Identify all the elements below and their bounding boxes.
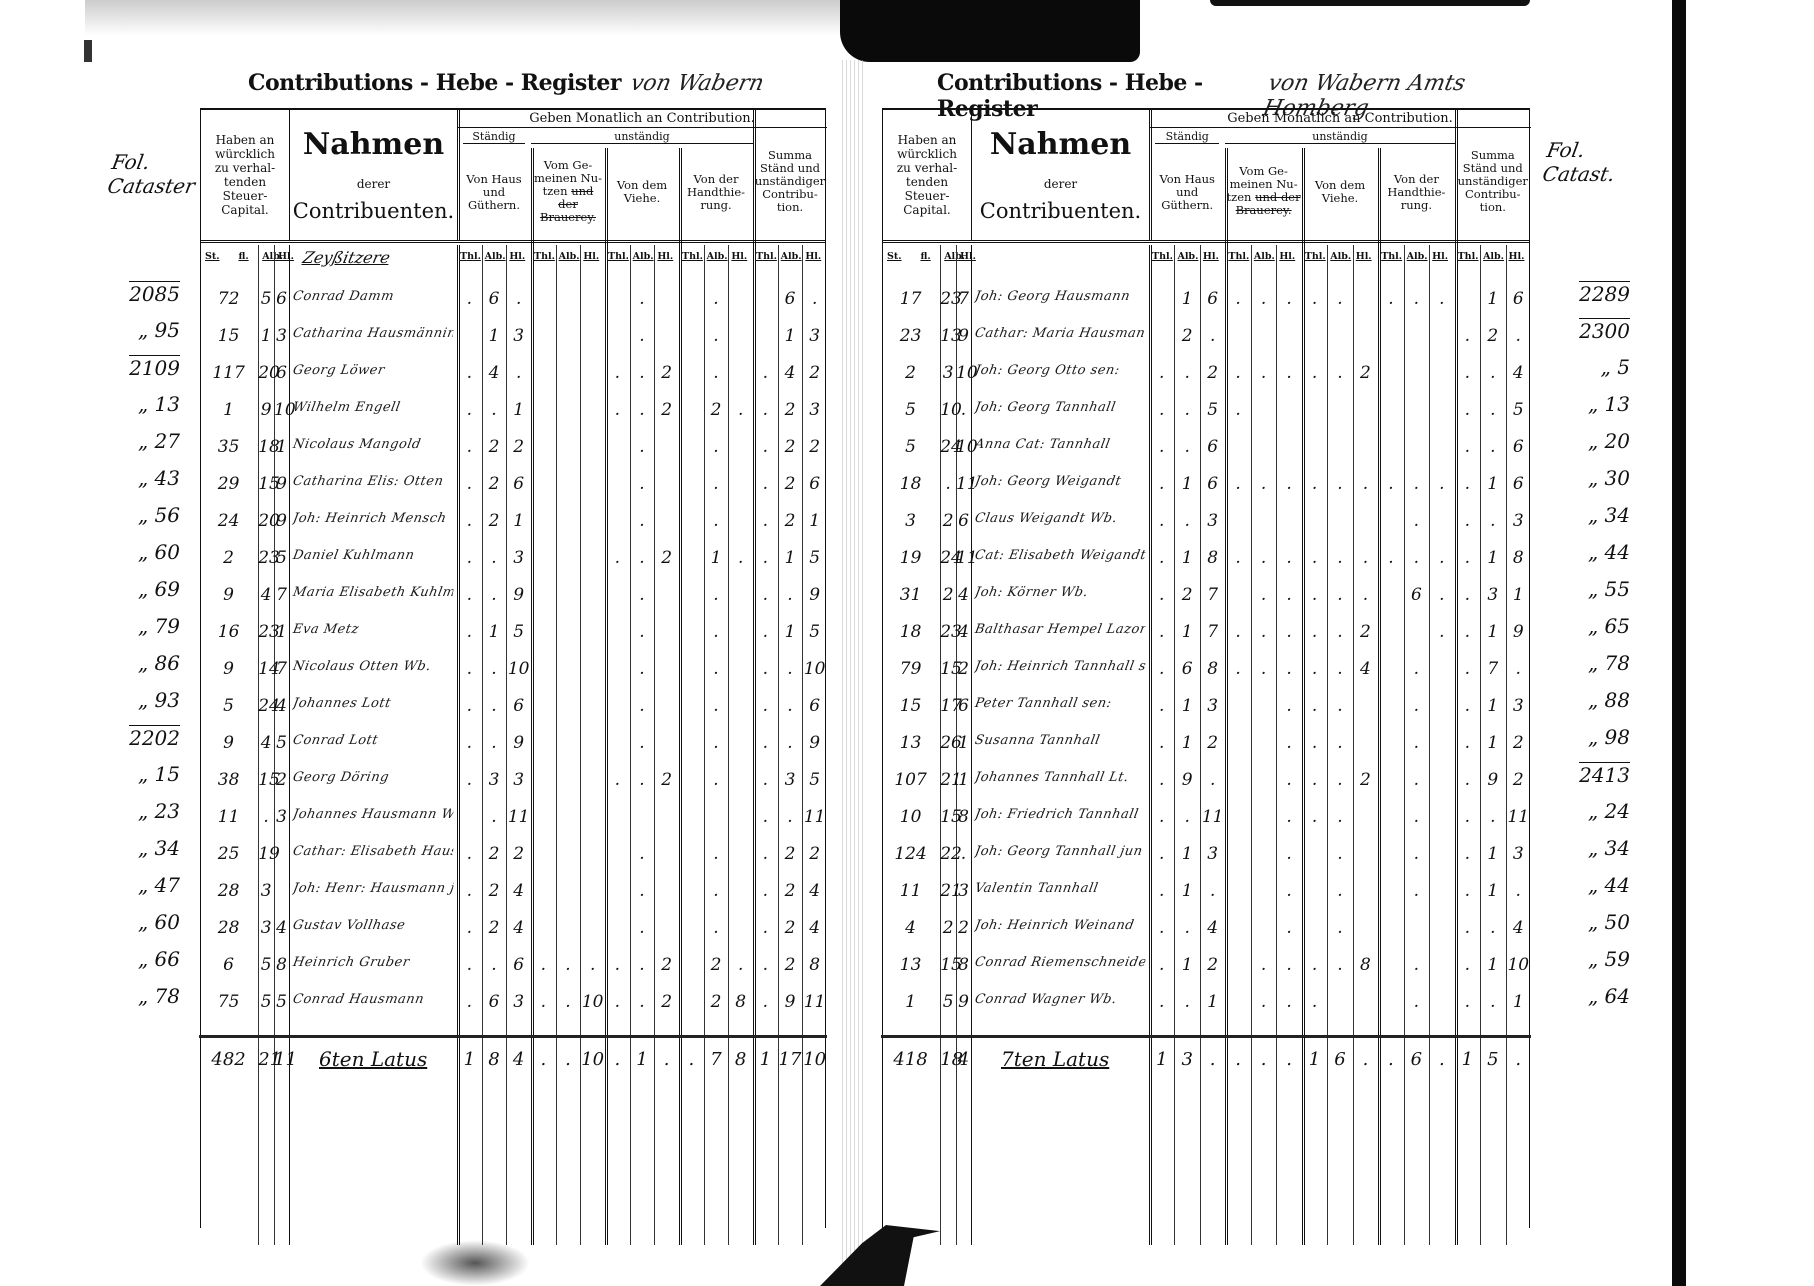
amount-viehe: . (605, 548, 630, 568)
total-hand: . (1378, 1049, 1403, 1070)
total-nutzen: . (1276, 1049, 1301, 1070)
amount-haus: 6 (482, 992, 507, 1012)
unit-label: Hl. (960, 251, 976, 262)
contributor-name: Catharina Elis: Otten (292, 474, 455, 489)
amount-viehe: 2 (654, 548, 679, 568)
amount-viehe: . (605, 992, 630, 1012)
capital-florin: 79 (885, 659, 936, 679)
amount-hand: . (1404, 992, 1429, 1012)
contributor-name: Maria Elisabeth Kuhlmännin (292, 585, 455, 600)
table-row: 7256Conrad Damm.6...6. (201, 281, 825, 318)
contributor-name: Johannes Tannhall Lt. (974, 770, 1147, 785)
amount-summa: . (753, 770, 778, 790)
header-text: rung. (1401, 199, 1432, 212)
header-text: zu verhal- (897, 161, 957, 175)
table-row: 11213Valentin Tannhall.1.....1. (883, 873, 1529, 910)
amount-viehe: . (1353, 585, 1378, 605)
total-nutzen: . (1225, 1049, 1250, 1070)
amount-viehe: . (1302, 474, 1327, 494)
amount-summa: 2 (778, 474, 803, 494)
unit-label: Hl. (1432, 251, 1448, 262)
amount-summa: . (753, 659, 778, 679)
table-row: 2834Gustav Vollhase.24...24 (201, 910, 825, 947)
amount-summa: 3 (1480, 585, 1505, 605)
amount-haus: 6 (506, 955, 531, 975)
table-row: 117206Georg Löwer.4...2..42 (201, 355, 825, 392)
unit-label: Thl. (1152, 251, 1173, 262)
header-text: Ständ und (760, 162, 820, 175)
total-haus: 1 (457, 1049, 482, 1070)
header-text: Viehe. (1322, 192, 1358, 205)
amount-summa: 2 (778, 844, 803, 864)
amount-haus: 2 (1200, 733, 1225, 753)
amount-hand: . (704, 437, 729, 457)
capital-florin: 25 (203, 844, 254, 864)
amount-summa: 3 (802, 400, 827, 420)
unit-label: Alb. (485, 251, 506, 262)
amount-summa: 6 (778, 289, 803, 309)
amount-haus: . (457, 992, 482, 1012)
unit-label: St. (887, 251, 902, 262)
amount-haus: . (1174, 400, 1199, 420)
amount-viehe: . (1302, 659, 1327, 679)
capital-heller: 9 (274, 474, 289, 494)
left-margin-cataster-numbers: 2085„ 952109„ 13„ 27„ 43„ 56„ 60„ 69„ 79… (80, 0, 180, 1286)
amount-summa: 2 (1506, 733, 1531, 753)
unit-label: Alb. (1483, 251, 1504, 262)
amount-viehe: . (1302, 992, 1327, 1012)
amount-nutzen: . (1251, 548, 1276, 568)
amount-haus: 3 (506, 326, 531, 346)
unit-label: Thl. (608, 251, 629, 262)
header-text: Contribu- (762, 188, 818, 201)
capital-albus: 5 (258, 992, 274, 1012)
total-hand: 6 (1404, 1049, 1429, 1070)
amount-haus: . (1149, 844, 1174, 864)
amount-summa: . (1506, 326, 1531, 346)
capital-florin: 17 (885, 289, 936, 309)
amount-haus: . (1149, 622, 1174, 642)
amount-viehe: 2 (1353, 622, 1378, 642)
unit-label: Alb. (1177, 251, 1198, 262)
amount-hand: 1 (704, 548, 729, 568)
amount-nutzen: . (1225, 659, 1250, 679)
amount-viehe: . (630, 585, 655, 605)
amount-summa: . (753, 622, 778, 642)
cataster-folio-number: „ 34 (1588, 503, 1630, 527)
capital-albus: 13 (940, 326, 956, 346)
capital-heller: 10 (956, 363, 971, 383)
unit-label: Thl. (534, 251, 555, 262)
amount-haus: 7 (1200, 622, 1225, 642)
amount-haus: . (1149, 807, 1174, 827)
amount-summa: 2 (778, 918, 803, 938)
cataster-folio-number: „ 93 (138, 688, 180, 712)
header-divider (531, 148, 534, 245)
amount-hand: . (1404, 289, 1429, 309)
capital-florin: 31 (885, 585, 936, 605)
capital-florin: 38 (203, 770, 254, 790)
amount-haus: . (482, 548, 507, 568)
unit-label: fl. (238, 251, 248, 262)
amount-haus: 3 (1200, 844, 1225, 864)
amount-haus: . (1200, 770, 1225, 790)
amount-summa: 11 (1506, 807, 1531, 827)
amount-haus: 6 (1200, 289, 1225, 309)
table-row: 5244Johannes Lott..6....6 (201, 688, 825, 725)
total-heller: 11 (274, 1049, 289, 1070)
amount-haus: 6 (482, 289, 507, 309)
amount-haus: . (1174, 437, 1199, 457)
amount-nutzen: . (1276, 770, 1301, 790)
left-page: Contributions - Hebe - Registervon Waber… (200, 70, 826, 1260)
amount-summa: 8 (802, 955, 827, 975)
amount-haus: 7 (1200, 585, 1225, 605)
contributor-name: Susanna Tannhall (974, 733, 1147, 748)
header-text: würcklich (215, 147, 275, 161)
capital-florin: 11 (885, 881, 936, 901)
total-summa: 1 (753, 1049, 778, 1070)
amount-haus: . (506, 363, 531, 383)
amount-nutzen: . (1251, 659, 1276, 679)
contributor-name: Conrad Damm (292, 289, 455, 304)
amount-haus: . (1149, 918, 1174, 938)
amount-haus: 9 (1174, 770, 1199, 790)
amount-summa: 2 (1480, 326, 1505, 346)
total-haus: . (1200, 1049, 1225, 1070)
amount-viehe: . (1327, 955, 1352, 975)
amount-nutzen: . (1225, 622, 1250, 642)
amount-nutzen: . (580, 955, 605, 975)
capital-florin: 124 (885, 844, 936, 864)
amount-hand: . (1404, 696, 1429, 716)
capital-heller: 6 (956, 511, 971, 531)
amount-viehe: . (605, 770, 630, 790)
cataster-folio-number: „ 30 (1588, 466, 1630, 490)
amount-summa: . (1455, 918, 1480, 938)
amount-summa: . (753, 400, 778, 420)
amount-hand: . (704, 474, 729, 494)
contributor-name: Joh: Heinrich Weinand (974, 918, 1147, 933)
table-row: 13158Conrad Riemenschneider.12....8..110 (883, 947, 1529, 984)
table-row: 326Claus Weigandt Wb...3...3 (883, 503, 1529, 540)
contributor-name: Georg Löwer (292, 363, 455, 378)
header-text: Brauerey. (540, 211, 596, 224)
capital-albus: 5 (258, 955, 274, 975)
amount-hand: . (704, 733, 729, 753)
amount-nutzen: . (1276, 585, 1301, 605)
amount-viehe: . (630, 400, 655, 420)
handwritten-place-name: von Wabern (628, 71, 766, 96)
unit-label: Hl. (805, 251, 821, 262)
page-edge-shadow (85, 0, 845, 40)
capital-heller: . (956, 844, 971, 864)
amount-summa: 3 (802, 326, 827, 346)
unit-label: Alb. (559, 251, 580, 262)
amount-summa: . (778, 659, 803, 679)
unit-label: Thl. (682, 251, 703, 262)
capital-heller: 4 (274, 696, 289, 716)
capital-albus: 23 (940, 289, 956, 309)
total-summa: . (1506, 1049, 1531, 1070)
amount-summa: 1 (1480, 474, 1505, 494)
amount-viehe: . (630, 326, 655, 346)
cataster-folio-number: „ 79 (138, 614, 180, 638)
amount-haus: . (457, 363, 482, 383)
amount-haus: 3 (506, 548, 531, 568)
amount-nutzen: . (1276, 696, 1301, 716)
capital-albus: 21 (940, 881, 956, 901)
capital-florin: 15 (885, 696, 936, 716)
table-row: 52410Anna Cat: Tannhall..6..6 (883, 429, 1529, 466)
amount-haus: 2 (1174, 326, 1199, 346)
amount-summa: 1 (1480, 622, 1505, 642)
amount-haus: . (1174, 511, 1199, 531)
total-haus: 8 (482, 1049, 507, 1070)
amount-summa: . (753, 548, 778, 568)
amount-nutzen: . (531, 955, 556, 975)
contributor-name: Joh: Heinrich Mensch (292, 511, 455, 526)
amount-summa: 3 (1506, 844, 1531, 864)
amount-haus: 2 (1200, 363, 1225, 383)
amount-haus: 1 (1174, 474, 1199, 494)
header-text: Haben an (216, 133, 275, 147)
amount-summa: . (1455, 807, 1480, 827)
unit-label: Alb. (1330, 251, 1351, 262)
amount-haus: 3 (506, 992, 531, 1012)
amount-nutzen: . (1276, 659, 1301, 679)
amount-nutzen: . (531, 992, 556, 1012)
table-row: 18.11Joh: Georg Weigandt.16..........16 (883, 466, 1529, 503)
amount-summa: . (1455, 844, 1480, 864)
contributor-name: Joh: Georg Tannhall jun (974, 844, 1147, 859)
unit-label: Hl. (657, 251, 673, 262)
total-viehe: . (1353, 1049, 1378, 1070)
capital-albus: 24 (258, 696, 274, 716)
cataster-folio-number: „ 69 (138, 577, 180, 601)
table-row: 12422.Joh: Georg Tannhall jun.13....13 (883, 836, 1529, 873)
amount-viehe: . (630, 955, 655, 975)
amount-haus: 6 (1174, 659, 1199, 679)
amount-viehe: 2 (654, 955, 679, 975)
header-divider (1225, 148, 1228, 245)
unit-label: Thl. (1228, 251, 1249, 262)
amount-haus: 5 (1200, 400, 1225, 420)
capital-heller: 4 (956, 622, 971, 642)
amount-viehe: . (630, 659, 655, 679)
header-text: Von der (694, 173, 739, 186)
contributor-name: Catharina Hausmännin (292, 326, 455, 341)
amount-nutzen: . (1225, 474, 1250, 494)
amount-summa: 3 (778, 770, 803, 790)
amount-hand: . (1429, 289, 1454, 309)
struck-text: und der (558, 184, 593, 211)
amount-haus: . (1149, 437, 1174, 457)
header-text: tion. (1480, 201, 1506, 214)
capital-florin: 18 (885, 474, 936, 494)
amount-viehe: . (1327, 622, 1352, 642)
amount-summa: 1 (778, 326, 803, 346)
amount-haus: 6 (506, 696, 531, 716)
amount-nutzen: . (1276, 363, 1301, 383)
capital-albus: 23 (940, 622, 956, 642)
cataster-folio-number: „ 23 (138, 799, 180, 823)
contributor-name: Anna Cat: Tannhall (974, 437, 1147, 452)
total-divider (881, 1035, 1531, 1038)
amount-haus: . (457, 474, 482, 494)
header-text: würcklich (897, 147, 957, 161)
amount-viehe: . (605, 363, 630, 383)
amount-viehe: . (1302, 585, 1327, 605)
amount-haus: 6 (1200, 437, 1225, 457)
cataster-folio-number: „ 95 (138, 318, 180, 342)
contributor-name: Nicolaus Otten Wb. (292, 659, 455, 674)
amount-summa: . (1480, 400, 1505, 420)
header-unstaendig: unständig (531, 130, 753, 144)
cataster-folio-number: „ 78 (1588, 651, 1630, 675)
total-viehe: 6 (1327, 1049, 1352, 1070)
header-text: rung. (700, 199, 731, 212)
header-text: unständiger (1458, 175, 1528, 188)
amount-viehe: . (1327, 585, 1352, 605)
contributor-name: Joh: Henr: Hausmann jun: (292, 881, 455, 896)
header-text: unständiger (755, 175, 825, 188)
capital-albus: 17 (940, 696, 956, 716)
amount-haus: 4 (506, 881, 531, 901)
amount-haus: 2 (1200, 955, 1225, 975)
amount-nutzen: . (1251, 992, 1276, 1012)
register-table: Haben anwürcklichzu verhal-tendenSteuer-… (200, 108, 826, 1228)
amount-summa: . (802, 289, 827, 309)
amount-hand: . (704, 659, 729, 679)
header-text: Von der (1394, 173, 1439, 186)
amount-viehe: . (1302, 363, 1327, 383)
amount-haus: . (457, 881, 482, 901)
amount-haus: 2 (482, 437, 507, 457)
header-derer: derer (357, 177, 390, 191)
amount-nutzen: . (1276, 733, 1301, 753)
amount-viehe: . (630, 733, 655, 753)
cataster-folio-number: „ 43 (138, 466, 180, 490)
cataster-folio-number: „ 5 (1601, 355, 1630, 379)
cataster-folio-number: „ 34 (1588, 836, 1630, 860)
printed-title: Contributions - Hebe - Register (248, 70, 621, 96)
capital-albus: 24 (940, 437, 956, 457)
amount-viehe: 2 (654, 992, 679, 1012)
amount-viehe: . (1302, 770, 1327, 790)
amount-haus: 1 (1174, 844, 1199, 864)
header-text: Summa (768, 149, 812, 162)
table-row: 9147Nicolaus Otten Wb...10....10 (201, 651, 825, 688)
table-row: 2235Daniel Kuhlmann..3..21..15 (201, 540, 825, 577)
amount-summa: . (753, 585, 778, 605)
amount-haus: . (457, 511, 482, 531)
amount-haus: . (1174, 363, 1199, 383)
header-haus: Von HausundGüthern. (457, 150, 531, 234)
amount-viehe: . (630, 622, 655, 642)
amount-viehe: . (630, 992, 655, 1012)
unit-label: Alb. (1254, 251, 1275, 262)
total-viehe: . (654, 1049, 679, 1070)
amount-haus: . (457, 918, 482, 938)
amount-summa: 2 (1506, 770, 1531, 790)
table-row: 16231Eva Metz.15...15 (201, 614, 825, 651)
right-page-edge (1672, 0, 1686, 1286)
total-haus: 4 (506, 1049, 531, 1070)
amount-viehe: 4 (1353, 659, 1378, 679)
unit-label: Thl. (756, 251, 777, 262)
total-florin: 482 (203, 1049, 254, 1070)
amount-haus: 3 (482, 770, 507, 790)
amount-hand: 2 (704, 955, 729, 975)
header-nutzen: Vom Ge-meinen Nu-tzen und derBrauerey. (1225, 148, 1301, 234)
amount-summa: . (1455, 511, 1480, 531)
amount-nutzen: . (1225, 289, 1250, 309)
amount-summa: 2 (778, 511, 803, 531)
header-divider (1302, 148, 1305, 245)
amount-summa: 3 (1506, 696, 1531, 716)
amount-haus: . (1149, 474, 1174, 494)
header-text: tion. (777, 201, 803, 214)
capital-heller: 6 (274, 363, 289, 383)
unit-label: Alb. (707, 251, 728, 262)
amount-haus: 3 (1200, 696, 1225, 716)
capital-florin: 75 (203, 992, 254, 1012)
capital-albus: 21 (940, 770, 956, 790)
total-heller: 4 (956, 1049, 971, 1070)
amount-summa: 7 (1480, 659, 1505, 679)
table-row: 11.3Johannes Hausmann Wb..11..11 (201, 799, 825, 836)
amount-haus: . (1149, 770, 1174, 790)
amount-haus: 1 (1174, 696, 1199, 716)
capital-albus: 19 (258, 844, 274, 864)
capital-florin: 5 (885, 437, 936, 457)
header-text: Brauerey. (1236, 204, 1292, 217)
amount-nutzen: . (556, 992, 581, 1012)
amount-viehe: . (1327, 548, 1352, 568)
amount-haus: 3 (1200, 511, 1225, 531)
amount-haus: . (457, 400, 482, 420)
amount-haus: . (482, 659, 507, 679)
amount-summa: 1 (1480, 733, 1505, 753)
capital-heller: 4 (956, 585, 971, 605)
amount-summa: 2 (802, 437, 827, 457)
amount-hand: . (704, 326, 729, 346)
total-summa: 5 (1480, 1049, 1505, 1070)
unit-label: Hl. (278, 251, 294, 262)
amount-viehe: . (1327, 696, 1352, 716)
amount-summa: 9 (778, 992, 803, 1012)
table-row: 38152Georg Döring.33..2..35 (201, 762, 825, 799)
contributor-name: Joh: Friedrich Tannhall (974, 807, 1147, 822)
amount-hand: . (1429, 474, 1454, 494)
contributor-name: Nicolaus Mangold (292, 437, 455, 452)
cataster-folio-number: „ 50 (1588, 910, 1630, 934)
total-viehe: 1 (630, 1049, 655, 1070)
amount-summa: 4 (778, 363, 803, 383)
unit-label: Thl. (1458, 251, 1479, 262)
amount-haus: . (457, 844, 482, 864)
capital-heller: 1 (956, 733, 971, 753)
contributor-name: Conrad Riemenschneider (974, 955, 1147, 970)
book-binding-shadow (840, 0, 1140, 62)
amount-viehe: . (1302, 548, 1327, 568)
amount-hand: . (1378, 548, 1403, 568)
header-divider (605, 148, 608, 245)
amount-viehe: . (630, 696, 655, 716)
amount-summa: 1 (1480, 844, 1505, 864)
amount-summa: . (778, 733, 803, 753)
